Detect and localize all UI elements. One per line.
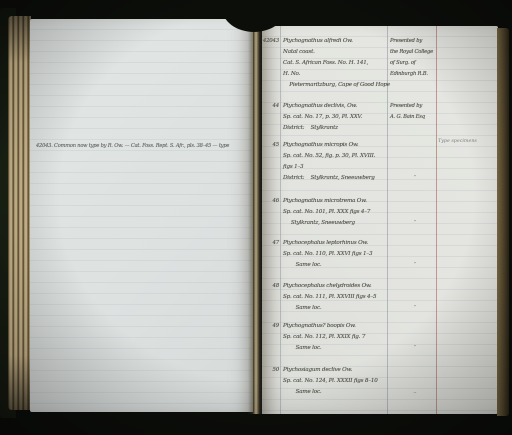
- entries-layer: 42043 Ptychognathus alfredi Ow.Natal coa…: [262, 26, 498, 414]
- entry-text-line: Same loc.: [283, 343, 395, 354]
- entry-donor-note: Presented bythe Royal Collegeof Surg. of…: [390, 36, 438, 80]
- entry-number: 42043: [262, 36, 279, 47]
- entry-text-line: Sp. cat. No. 52, fig. p. 30, Pl. XVIII.: [283, 151, 395, 162]
- right-page: 42043 Ptychognathus alfredi Ow.Natal coa…: [262, 26, 498, 414]
- left-page: 42043. Common now type by R. Ow. — Cat. …: [30, 19, 253, 412]
- entry-description: Ptychognathus declivis, Ow.Sp. cat. No. …: [283, 101, 395, 134]
- entry-description: Ptychocephalus chelydroides Ow.Sp. cat. …: [283, 281, 395, 314]
- entry-description: Ptychognathus micropis Ow.Sp. cat. No. 5…: [283, 140, 395, 184]
- entry-text-line: Stylkrantz, Sneeuwberg: [283, 218, 395, 229]
- entry-text-line: Cat. S. African Foss. No. H. 141,: [283, 58, 395, 69]
- ditto-mark: ″: [405, 260, 425, 271]
- entry-text-line: H. No.: [283, 69, 395, 80]
- entry-donor-note: Presented byA. G. Bain Esq: [390, 101, 438, 123]
- ditto-mark: ″: [405, 218, 425, 229]
- ditto-mark: ″: [405, 173, 425, 184]
- entry-text-line: District: Stylkrantz: [283, 123, 395, 134]
- entry-number: 46: [262, 196, 279, 207]
- entry-description: Ptychognathus microtrema Ow.Sp. cat. No.…: [283, 196, 395, 229]
- entry-number: 50: [262, 365, 279, 376]
- entry-text-line: District: Stylkrantz, Sneeuwberg: [283, 173, 395, 184]
- entry-description: Ptychosiagum declive Ow.Sp. cat. No. 124…: [283, 365, 395, 398]
- left-page-annotation: 42043. Common now type by R. Ow. — Cat. …: [36, 142, 252, 151]
- entry-text-line: Presented by: [390, 101, 438, 112]
- entry-text-line: Sp. cat. No. 110, Pl. XXVI figs 1–3: [283, 249, 395, 260]
- entry-text-line: Natal coast.: [283, 47, 395, 58]
- entry-text-line: Ptychognathus micropis Ow.: [283, 140, 395, 151]
- entry-text-line: Same loc.: [283, 260, 395, 271]
- ditto-mark: ″: [405, 343, 425, 354]
- entry-text-line: Ptychognathus microtrema Ow.: [283, 196, 395, 207]
- entry-text-line: Pietermaritzburg, Cape of Good Hope: [283, 80, 395, 91]
- entry-text-line: Sp. cat. No. 112, Pl. XXIX fig. 7: [283, 332, 395, 343]
- entry-text-line: Same loc.: [283, 303, 395, 314]
- entry-text-line: of Surg. of: [390, 58, 438, 69]
- entry-description: Ptychognathus alfredi Ow.Natal coast.Cat…: [283, 36, 395, 91]
- ditto-mark: –: [405, 387, 425, 398]
- entry-text-line: Ptychocephalus leptorhinus Ow.: [283, 238, 395, 249]
- entry-text-line: Ptychognathus? boopis Ow.: [283, 321, 395, 332]
- page-edge-stack: [8, 16, 31, 410]
- entry-description: Ptychocephalus leptorhinus Ow.Sp. cat. N…: [283, 238, 395, 271]
- entry-text-line: Same loc.: [283, 387, 395, 398]
- entry-number: 48: [262, 281, 279, 292]
- entry-number: 45: [262, 140, 279, 151]
- entry-text-line: Sp. cat. No. 101, Pl. XXX figs 4–7: [283, 207, 395, 218]
- entry-text-line: Sp. cat. No. 124, Pl. XXXII figs 8–10: [283, 376, 395, 387]
- register-book-photo: 42043. Common now type by R. Ow. — Cat. …: [0, 0, 512, 435]
- entry-text-line: Ptychognathus alfredi Ow.: [283, 36, 395, 47]
- entry-number: 44: [262, 101, 279, 112]
- entry-text-line: Ptychognathus declivis, Ow.: [283, 101, 395, 112]
- entry-text-line: figs 1–3: [283, 162, 395, 173]
- pencil-type-note: Type specimens: [438, 138, 496, 146]
- entry-number: 49: [262, 321, 279, 332]
- entry-description: Ptychognathus? boopis Ow.Sp. cat. No. 11…: [283, 321, 395, 354]
- book-cover-fore-edge: [497, 28, 509, 416]
- entry-text-line: Sp. cat. No. 111, Pl. XXVIII figs 4–5: [283, 292, 395, 303]
- entry-text-line: Ptychocephalus chelydroides Ow.: [283, 281, 395, 292]
- entry-text-line: Presented by: [390, 36, 438, 47]
- entry-text-line: Ptychosiagum declive Ow.: [283, 365, 395, 376]
- ditto-mark: ″: [405, 303, 425, 314]
- entry-number: 47: [262, 238, 279, 249]
- entry-text-line: Edinburgh R.B.: [390, 69, 438, 80]
- entry-text-line: A. G. Bain Esq: [390, 112, 438, 123]
- entry-text-line: Sp. cat. No. 17, p. 30, Pl. XXV.: [283, 112, 395, 123]
- entry-text-line: the Royal College: [390, 47, 438, 58]
